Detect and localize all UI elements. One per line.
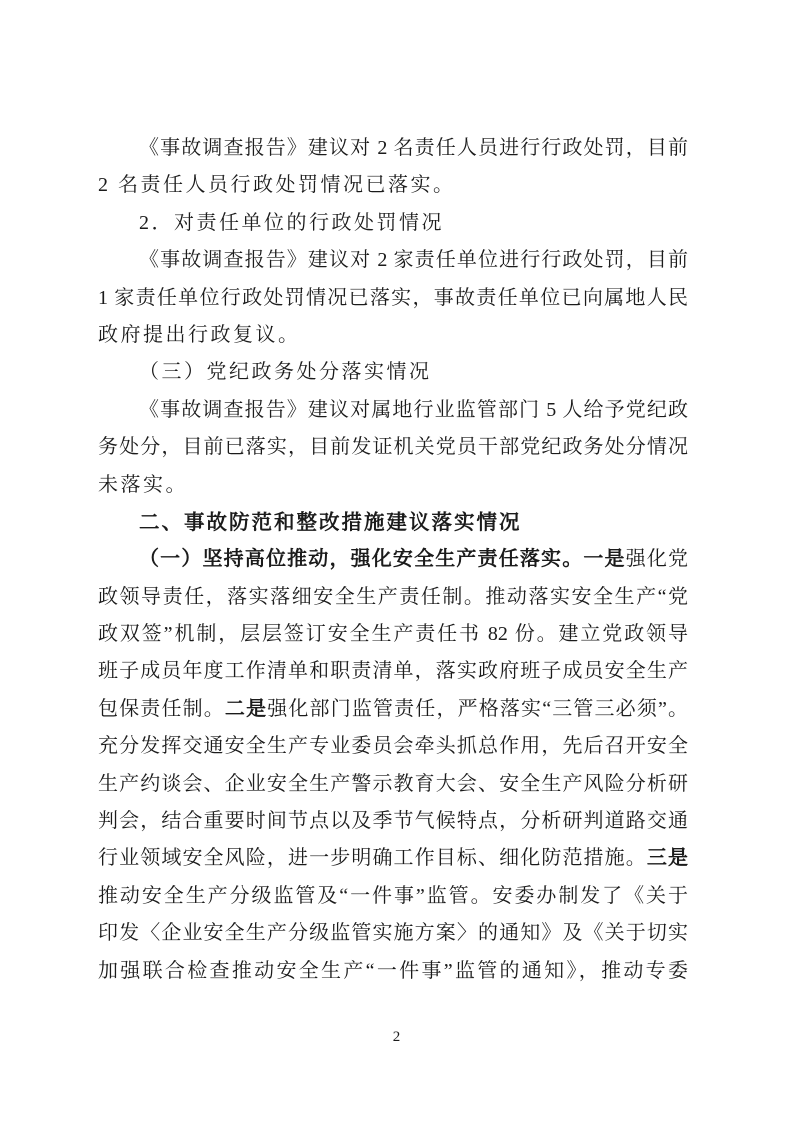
document-page: 《事故调查报告》建议对 2 名责任人员进行行政处罚，目前 2 名责任人员行政处罚…: [0, 0, 793, 1122]
ordinal-marker-bold: 二是: [225, 698, 267, 720]
text-line: 务处分，目前已落实，目前发证机关党员干部党纪政务处分情况: [98, 429, 688, 466]
text-line: 政府提出行政复议。: [98, 317, 688, 354]
text-line: 充分发挥交通安全生产专业委员会牵头抓总作用，先后召开安全: [98, 728, 688, 765]
page-number: 2: [0, 1029, 793, 1046]
text-run: 包保责任制。: [98, 698, 225, 720]
text-run: 行业领域安全风险，进一步明确工作目标、细化防范措施。: [98, 847, 647, 869]
section-heading: 二、事故防范和整改措施建议落实情况: [98, 504, 688, 541]
text-line: 《事故调查报告》建议对 2 名责任人员进行行政处罚，目前: [98, 130, 688, 167]
text-line: （一）坚持高位推动，强化安全生产责任落实。一是强化党: [98, 541, 688, 578]
text-line: 1 家责任单位行政处罚情况已落实，事故责任单位已向属地人民: [98, 280, 688, 317]
text-line: 《事故调查报告》建议对 2 家责任单位进行行政处罚，目前: [98, 242, 688, 279]
text-line: 班子成员年度工作清单和职责清单，落实政府班子成员安全生产: [98, 653, 688, 690]
document-body: 《事故调查报告》建议对 2 名责任人员进行行政处罚，目前 2 名责任人员行政处罚…: [98, 130, 688, 990]
text-line: 政领导责任，落实落细安全生产责任制。推动落实安全生产“党: [98, 579, 688, 616]
text-line: 未落实。: [98, 467, 688, 504]
text-line: 判会，结合重要时间节点以及季节气候特点，分析研判道路交通: [98, 803, 688, 840]
text-line: 《事故调查报告》建议对属地行业监管部门 5 人给予党纪政: [98, 392, 688, 429]
text-line: 印发〈企业安全生产分级监管实施方案〉的通知》及《关于切实: [98, 915, 688, 952]
section-subheading: （三）党纪政务处分落实情况: [98, 354, 688, 391]
text-line: 生产约谈会、企业安全生产警示教育大会、安全生产风险分析研: [98, 766, 688, 803]
subsection-lead-bold: （一）坚持高位推动，强化安全生产责任落实。: [139, 548, 583, 570]
numbered-subheading: 2．对责任单位的行政处罚情况: [98, 205, 688, 242]
text-run: 强化党: [626, 548, 688, 570]
text-line: 包保责任制。二是强化部门监管责任，严格落实“三管三必须”。: [98, 691, 688, 728]
text-line: 加强联合检查推动安全生产“一件事”监管的通知》，推动专委: [98, 953, 688, 990]
text-line: 政双签”机制，层层签订安全生产责任书 82 份。建立党政领导: [98, 616, 688, 653]
ordinal-marker-bold: 一是: [583, 548, 625, 570]
text-run: 强化部门监管责任，严格落实“三管三必须”。: [267, 698, 688, 720]
text-line: 2 名责任人员行政处罚情况已落实。: [98, 167, 688, 204]
text-line: 行业领域安全风险，进一步明确工作目标、细化防范措施。三是: [98, 840, 688, 877]
text-line: 推动安全生产分级监管及“一件事”监管。安委办制发了《关于: [98, 878, 688, 915]
ordinal-marker-bold: 三是: [647, 847, 688, 869]
